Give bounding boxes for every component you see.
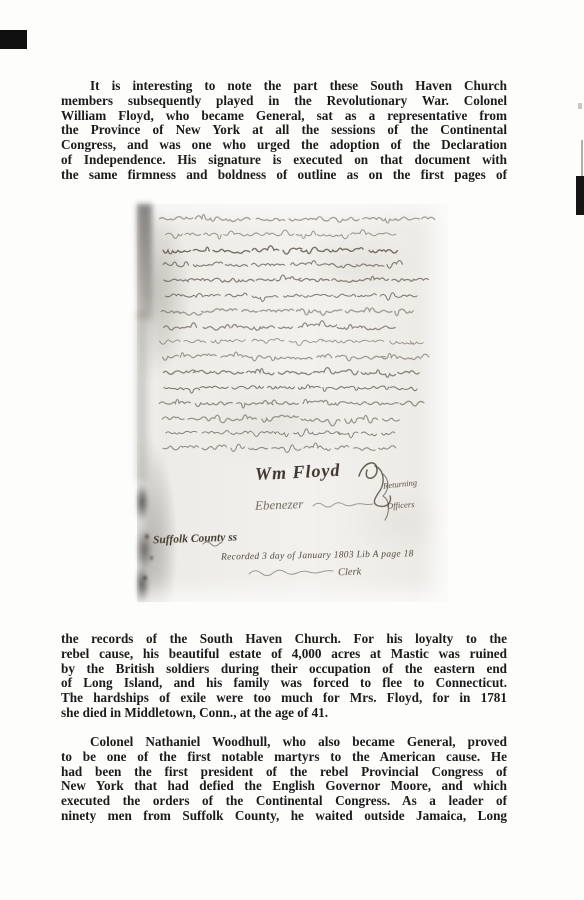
scan-artifact-edge-sliver [581,140,583,176]
printed-text-line: The hardships of exile were too much for… [61,691,507,706]
printed-text-line: Colonel Nathaniel Woodhull, who also bec… [61,735,507,750]
printed-text-line: the records of the South Haven Church. F… [61,632,507,647]
printed-text-line: ninety men from Suffolk County, he waite… [61,809,507,824]
printed-text-line: the same firmness and boldness of outlin… [61,168,507,183]
printed-text-line: executed the orders of the Continental C… [61,794,507,809]
paragraph-floyd-exile: the records of the South Haven Church. F… [61,632,507,721]
second-signer-signature: Ebenezer [255,496,304,514]
printed-text-line: William Floyd, who became General, sat a… [61,109,507,124]
printed-text-line: Congress, and was one who urged the adop… [61,138,507,153]
scan-artifact-top-left [0,30,27,49]
printed-text-line: members subsequently played in the Revol… [61,94,507,109]
paragraph-woodhull: Colonel Nathaniel Woodhull, who also bec… [61,735,507,824]
printed-text-line: of Independence. His signature is execut… [61,153,507,168]
officers-label: Officers [387,499,415,511]
clerk-label: Clerk [338,567,362,579]
printed-text-line: rebel cause, his beautiful estate of 4,0… [61,647,507,662]
scan-artifact-right-edge [576,176,584,215]
printed-text-line: New York that had defied the English Gov… [61,779,507,794]
printed-text-line: she died in Middletown, Conn., at the ag… [61,706,507,721]
book-page: It is interesting to note the part these… [0,0,584,900]
manuscript-photo: Wm Floyd Returning Ebenezer Officers Suf… [137,204,448,602]
printed-text-line: the Province of New York at all the sess… [61,123,507,138]
paragraph-floyd-intro: It is interesting to note the part these… [61,79,507,183]
floyd-signature: Wm Floyd [255,460,341,485]
printed-text-line: to be one of the first notable martyrs t… [61,750,507,765]
scan-artifact-speck [578,103,582,109]
printed-text-line: of Long Island, and his family was force… [61,676,507,691]
printed-text-line: It is interesting to note the part these… [61,79,507,94]
printed-text-line: had been the first president of the rebe… [61,765,507,780]
printed-text-line: by the British soldiers during their occ… [61,662,507,677]
